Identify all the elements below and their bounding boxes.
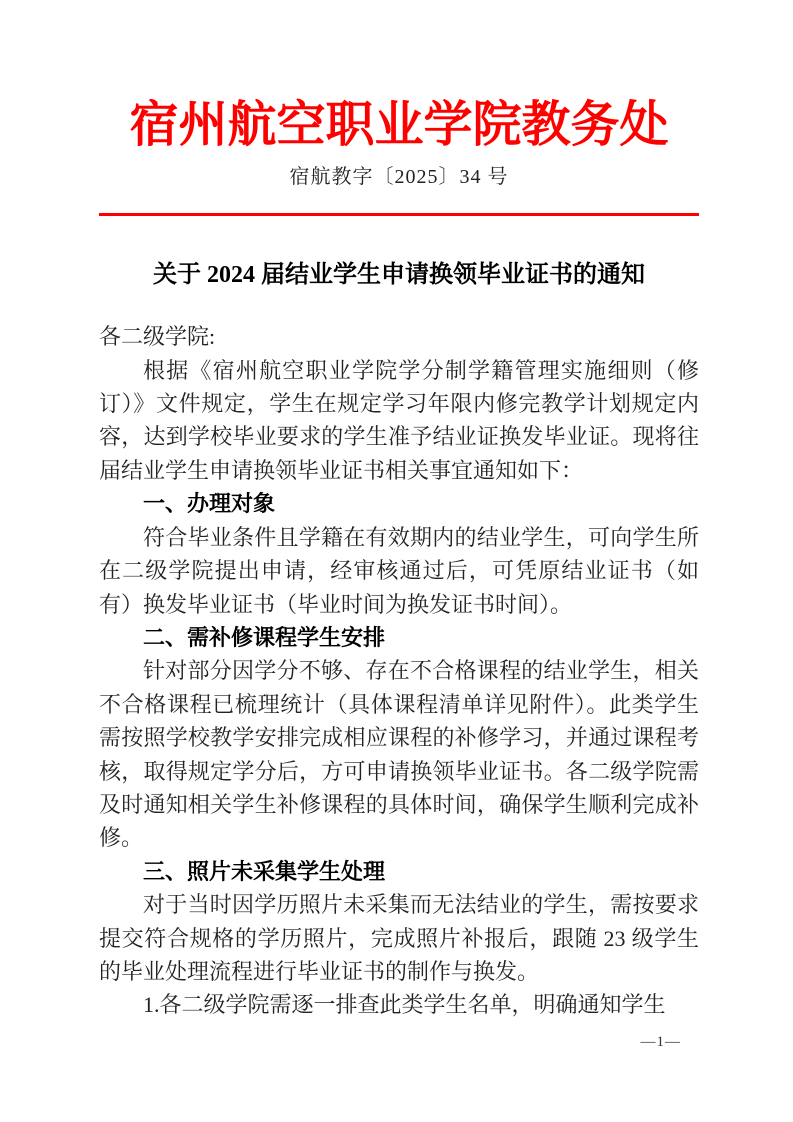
section-heading-2: 二、需补修课程学生安排 — [99, 621, 699, 654]
body-paragraph-intro: 根据《宿州航空职业学院学分制学籍管理实施细则（修订）》文件规定，学生在规定学习年… — [99, 354, 699, 488]
salutation: 各二级学院: — [99, 320, 699, 353]
document-body: 各二级学院: 根据《宿州航空职业学院学分制学籍管理实施细则（修订）》文件规定，学… — [99, 320, 699, 1022]
body-paragraph-section-3: 对于当时因学历照片未采集而无法结业的学生，需按要求提交符合规格的学历照片，完成照… — [99, 888, 699, 988]
page-number: —1— — [641, 1034, 682, 1051]
document-masthead: 宿州航空职业学院教务处 — [99, 94, 699, 155]
section-heading-1: 一、办理对象 — [99, 487, 699, 520]
red-rule-divider — [99, 213, 699, 216]
document-content: 宿州航空职业学院教务处 宿航教字〔2025〕34 号 关于 2024 届结业学生… — [99, 0, 699, 1022]
section-heading-3: 三、照片未采集学生处理 — [99, 855, 699, 888]
document-title: 关于 2024 届结业学生申请换领毕业证书的通知 — [99, 260, 699, 290]
body-paragraph-list-item-1: 1.各二级学院需逐一排查此类学生名单，明确通知学生 — [99, 988, 699, 1021]
document-page: 宿州航空职业学院教务处 宿航教字〔2025〕34 号 关于 2024 届结业学生… — [0, 0, 793, 1122]
document-number: 宿航教字〔2025〕34 号 — [99, 164, 699, 190]
body-paragraph-section-2: 针对部分因学分不够、存在不合格课程的结业学生，相关不合格课程已梳理统计（具体课程… — [99, 654, 699, 854]
body-paragraph-section-1: 符合毕业条件且学籍在有效期内的结业学生，可向学生所在二级学院提出申请，经审核通过… — [99, 521, 699, 621]
